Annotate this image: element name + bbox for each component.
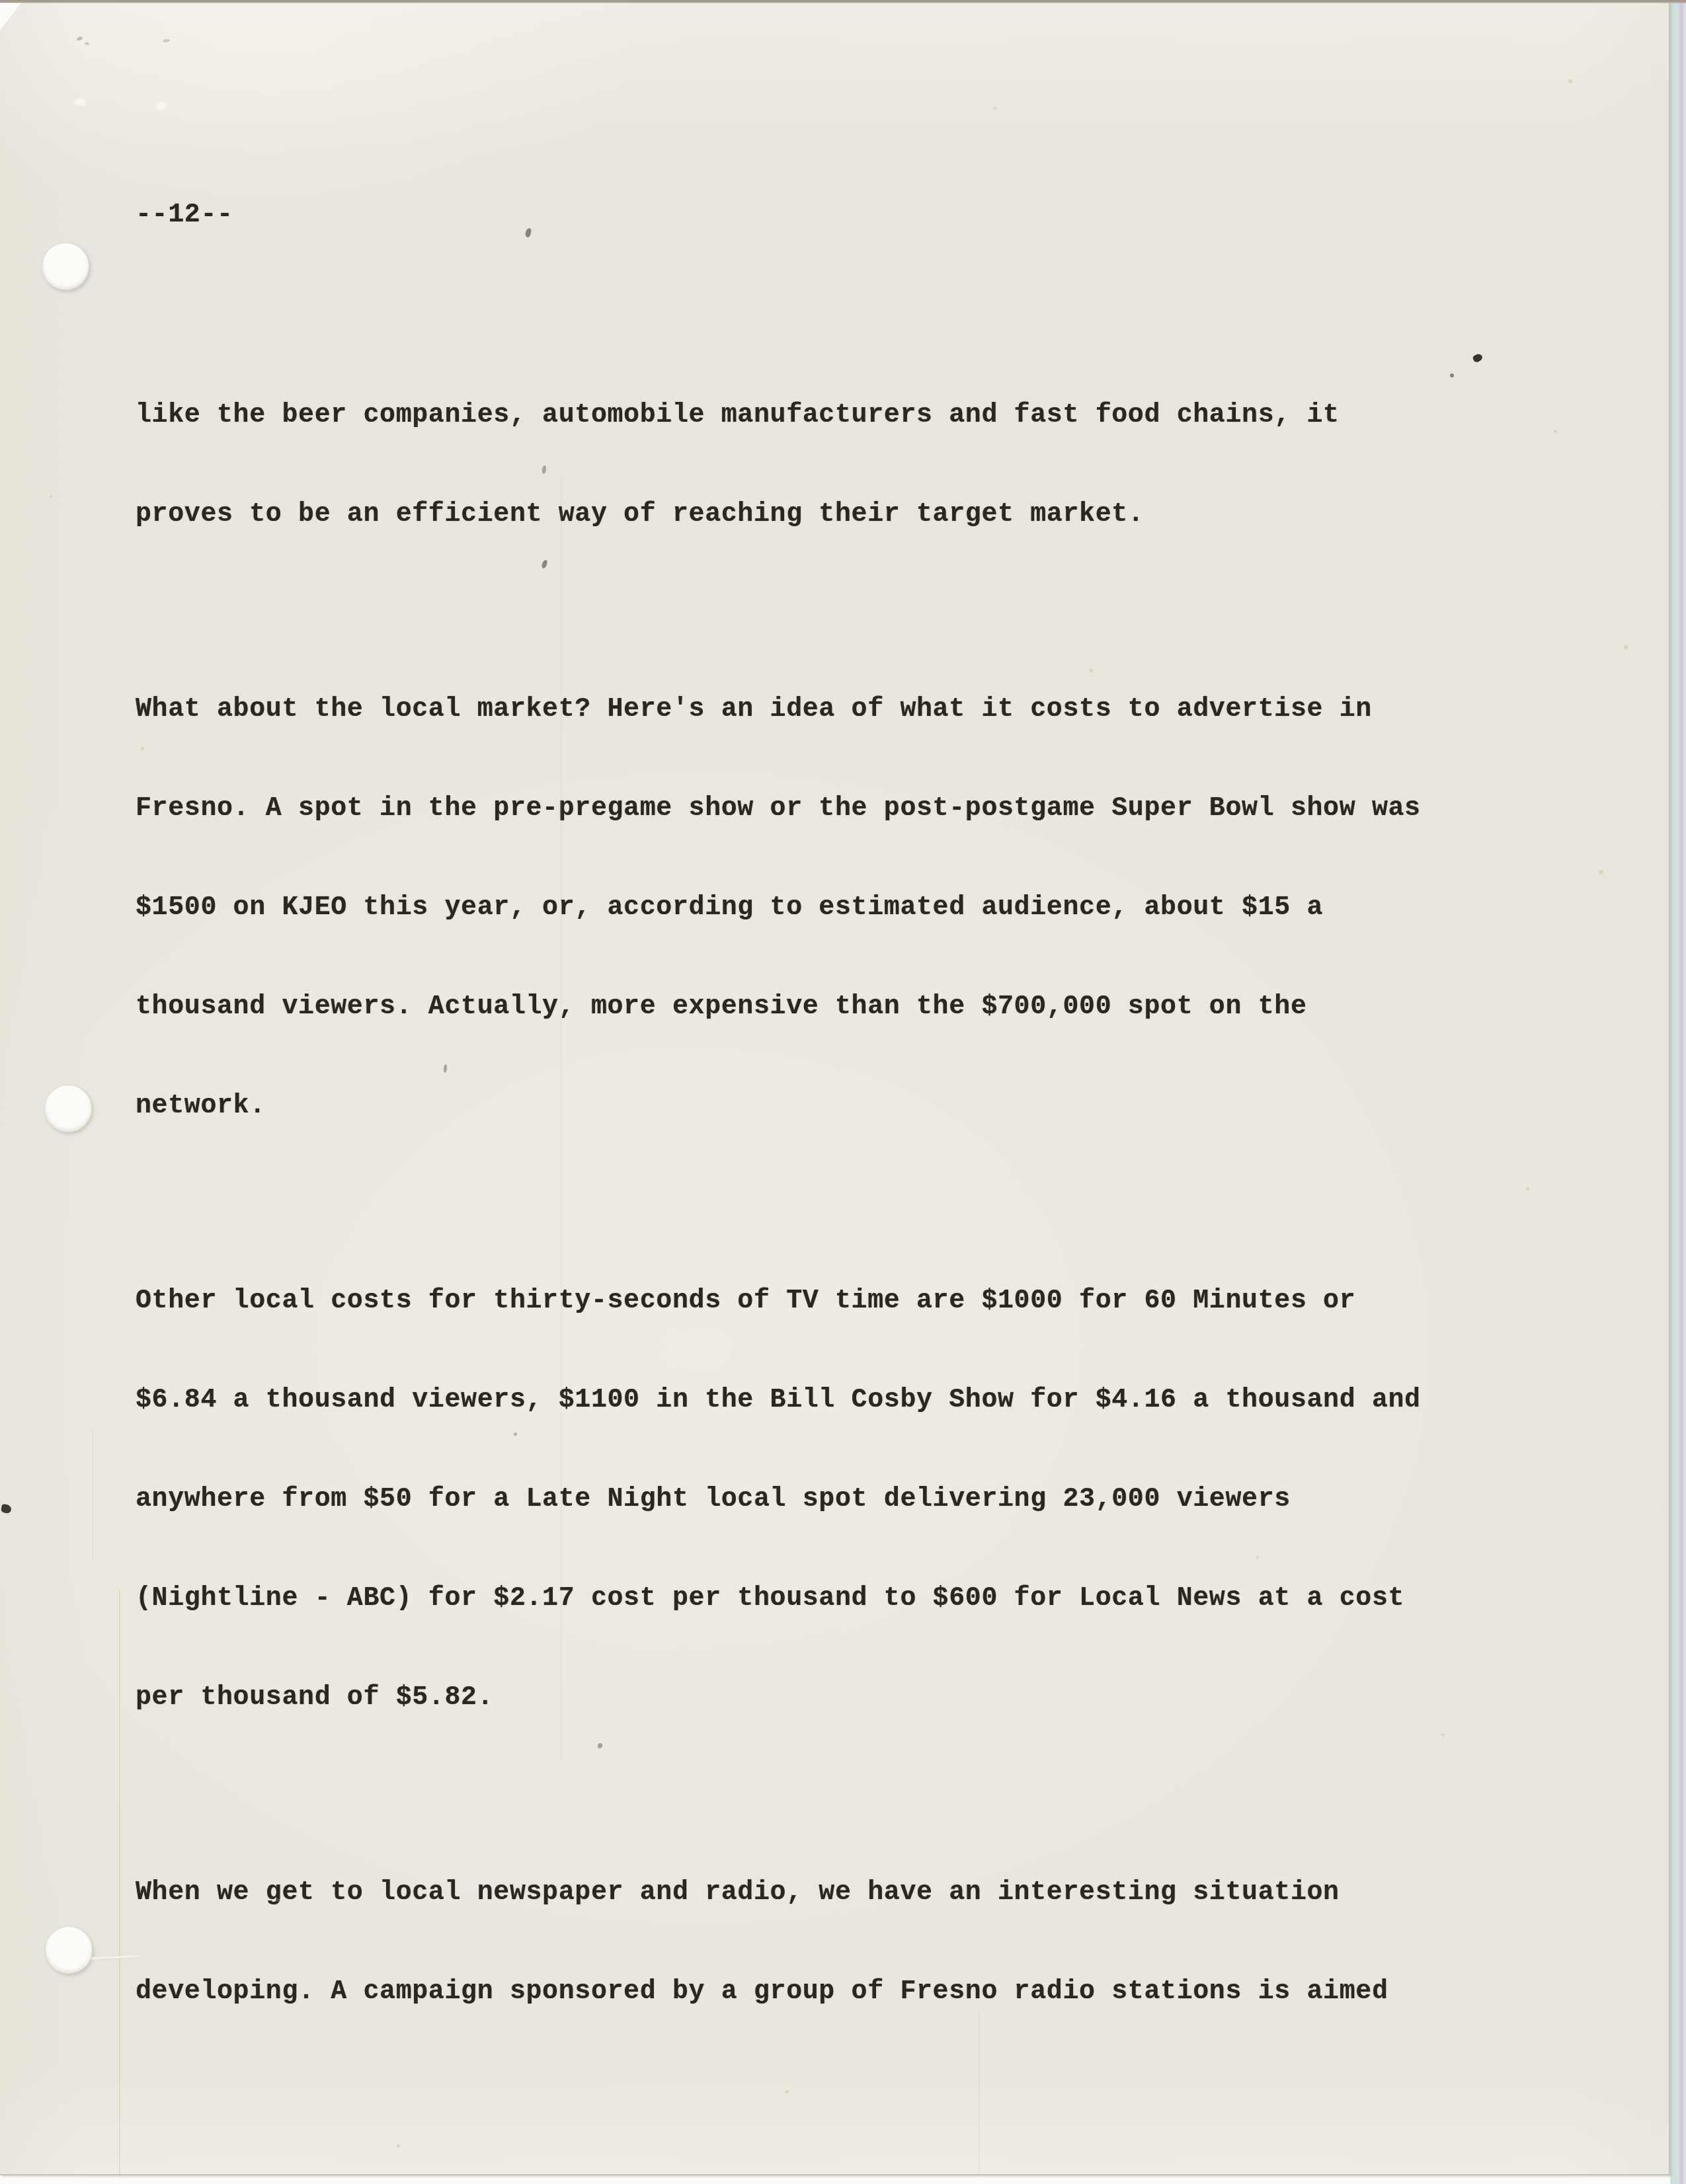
crease-line	[119, 1589, 120, 2177]
pencil-scuff	[163, 38, 171, 42]
document-body: like the beer companies, automobile manu…	[136, 366, 1421, 2138]
aging-speck	[785, 2090, 789, 2093]
page-number: --12--	[136, 166, 233, 265]
text-line: When we get to local newspaper and radio…	[136, 1844, 1421, 1943]
aging-speck	[1256, 1556, 1259, 1559]
document-page: --12-- like the beer companies, automobi…	[0, 3, 1670, 2175]
ink-speck	[1, 1504, 12, 1514]
aging-speck	[1554, 430, 1557, 433]
aging-speck	[1526, 1187, 1529, 1190]
paper-indentation	[153, 101, 169, 111]
aging-speck	[1441, 1733, 1445, 1736]
aging-speck	[50, 495, 52, 498]
aging-speck	[994, 107, 996, 110]
text-line: Other local costs for thirty-seconds of …	[136, 1252, 1421, 1351]
aging-speck	[276, 1898, 280, 1902]
text-line: Fresno. A spot in the pre-pregame show o…	[136, 760, 1421, 859]
text-line: like the beer companies, automobile manu…	[136, 366, 1421, 465]
page-corner-cut	[0, 3, 21, 30]
aging-speck	[1599, 870, 1603, 875]
pencil-scuff	[85, 42, 90, 45]
scan-streak	[561, 479, 562, 1761]
aging-speck	[1568, 79, 1572, 83]
ink-speck	[514, 1432, 517, 1436]
text-line: $1500 on KJEO this year, or, according t…	[136, 859, 1421, 958]
ink-speck	[1450, 373, 1454, 377]
aging-speck	[141, 747, 144, 750]
hole-punch	[44, 1085, 92, 1132]
pencil-scuff	[76, 36, 83, 42]
text-line: anywhere from $50 for a Late Night local…	[136, 1450, 1421, 1549]
crease-line	[92, 1427, 93, 1559]
scan-streak	[979, 2012, 980, 2176]
paragraph-1: like the beer companies, automobile manu…	[136, 366, 1421, 565]
hole-punch	[42, 243, 89, 290]
text-line: $6.84 a thousand viewers, $1100 in the B…	[136, 1351, 1421, 1450]
hole-punch	[45, 1926, 93, 1974]
text-line: per thousand of $5.82.	[136, 1649, 1421, 1748]
scanner-edge-strip	[1670, 0, 1679, 2184]
scanner-edge-strip	[1683, 0, 1686, 2184]
text-line: What about the local market? Here's an i…	[136, 660, 1421, 760]
text-line: network.	[136, 1057, 1421, 1156]
aging-speck	[1090, 669, 1093, 672]
paragraph-2: What about the local market? Here's an i…	[136, 660, 1421, 1156]
aging-speck	[397, 2144, 400, 2148]
ink-speck	[525, 227, 532, 237]
scanner-top-edge	[0, 0, 1686, 3]
paragraph-4: When we get to local newspaper and radio…	[136, 1844, 1421, 2042]
paragraph-3: Other local costs for thirty-seconds of …	[136, 1252, 1421, 1748]
text-line: proves to be an efficient way of reachin…	[136, 465, 1421, 565]
paper-crease	[91, 1955, 139, 1961]
scanned-document: --12-- like the beer companies, automobi…	[0, 0, 1686, 2184]
text-line: developing. A campaign sponsored by a gr…	[136, 1943, 1421, 2042]
text-line: (Nightline - ABC) for $2.17 cost per tho…	[136, 1549, 1421, 1649]
aging-speck	[1624, 645, 1628, 649]
paper-indentation	[73, 97, 87, 107]
text-line: thousand viewers. Actually, more expensi…	[136, 958, 1421, 1057]
ink-speck	[1472, 353, 1483, 364]
